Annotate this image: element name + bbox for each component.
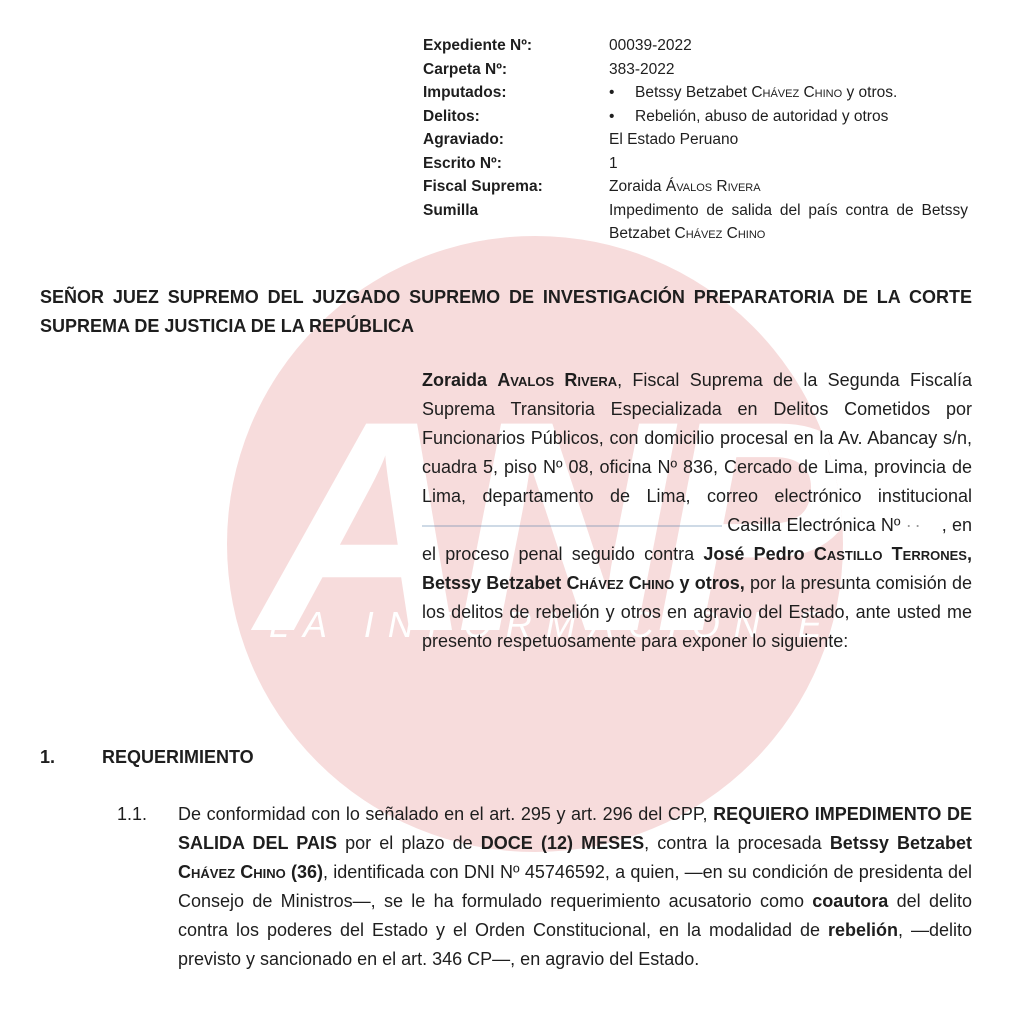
header-value: Zoraida Ávalos Rivera xyxy=(609,175,968,199)
surname-text: Chávez Chino xyxy=(178,862,286,882)
value-text: y otros. xyxy=(842,84,897,101)
accused-name: José Pedro xyxy=(703,544,804,564)
intro-paragraph: Zoraida Avalos Rivera, Fiscal Suprema de… xyxy=(422,366,972,656)
header-value: 383-2022 xyxy=(609,58,968,82)
header-label: Carpeta Nº: xyxy=(423,58,609,82)
header-label: Escrito Nº: xyxy=(423,152,609,176)
value-text: Betssy Betzabet xyxy=(635,84,751,101)
section-title: REQUERIMIENTO xyxy=(102,743,254,772)
casilla-label: Casilla Electrónica Nº xyxy=(727,515,900,535)
header-label: Agraviado: xyxy=(423,128,609,152)
paragraph-text: De conformidad con lo señalado en el art… xyxy=(178,800,972,974)
bold-text: rebelión xyxy=(828,920,898,940)
prosecutor-last-name: Avalos Rivera xyxy=(497,370,617,390)
paragraph-1-1: 1.1. De conformidad con lo señalado en e… xyxy=(117,800,972,974)
bold-text: (36) xyxy=(291,862,323,882)
paragraph-number: 1.1. xyxy=(117,800,178,974)
document-page: Expediente Nº: 00039-2022 Carpeta Nº: 38… xyxy=(0,0,1024,1024)
header-value: •Rebelión, abuso de autoridad y otros xyxy=(609,105,968,129)
header-row-escrito: Escrito Nº: 1 xyxy=(423,152,968,176)
header-row-expediente: Expediente Nº: 00039-2022 xyxy=(423,34,968,58)
header-label: Sumilla xyxy=(423,199,609,246)
accused-surname: Castillo Terrones xyxy=(814,544,967,564)
prosecutor-first-name: Zoraida xyxy=(422,370,487,390)
header-value: •Betssy Betzabet Chávez Chino y otros. xyxy=(609,81,968,105)
header-value: El Estado Peruano xyxy=(609,128,968,152)
text: De conformidad con lo señalado en el art… xyxy=(178,804,713,824)
value-text: Zoraida xyxy=(609,178,666,195)
header-row-fiscal: Fiscal Suprema: Zoraida Ávalos Rivera xyxy=(423,175,968,199)
text: , contra la procesada xyxy=(644,833,830,853)
accused-name: Betssy Betzabet xyxy=(422,573,561,593)
bold-text: DOCE (12) MESES xyxy=(481,833,644,853)
header-row-sumilla: Sumilla Impedimento de salida del país c… xyxy=(423,199,968,246)
surname-text: Ávalos Rivera xyxy=(666,178,761,195)
bold-text: coautora xyxy=(812,891,888,911)
redacted-email xyxy=(422,519,722,533)
header-label: Imputados: xyxy=(423,81,609,105)
value-text: Impedimento de salida del país contra de… xyxy=(609,202,968,243)
section-number: 1. xyxy=(40,743,102,772)
header-label: Expediente Nº: xyxy=(423,34,609,58)
surname-text: Chávez Chino xyxy=(751,84,842,101)
bullet-icon: • xyxy=(609,105,635,129)
header-value: 1 xyxy=(609,152,968,176)
redacted-casilla-number: · · xyxy=(906,511,942,540)
header-label: Fiscal Suprema: xyxy=(423,175,609,199)
bullet-icon: • xyxy=(609,81,635,105)
text: por el plazo de xyxy=(337,833,481,853)
header-value: 00039-2022 xyxy=(609,34,968,58)
header-row-agraviado: Agraviado: El Estado Peruano xyxy=(423,128,968,152)
header-row-imputados: Imputados: •Betssy Betzabet Chávez Chino… xyxy=(423,81,968,105)
document-title: SEÑOR JUEZ SUPREMO DEL JUZGADO SUPREMO D… xyxy=(40,283,972,341)
intro-text: , Fiscal Suprema de la Segunda Fiscalía … xyxy=(422,370,972,506)
header-row-carpeta: Carpeta Nº: 383-2022 xyxy=(423,58,968,82)
separator: , xyxy=(967,544,972,564)
header-row-delitos: Delitos: •Rebelión, abuso de autoridad y… xyxy=(423,105,968,129)
header-label: Delitos: xyxy=(423,105,609,129)
value-text: Rebelión, abuso de autoridad y otros xyxy=(635,108,888,125)
section-heading: 1. REQUERIMIENTO xyxy=(40,743,254,772)
bold-text: Betssy Betzabet xyxy=(830,833,972,853)
accused-surname: Chávez Chino xyxy=(567,573,675,593)
otros-text: y otros, xyxy=(674,573,744,593)
case-header: Expediente Nº: 00039-2022 Carpeta Nº: 38… xyxy=(423,34,968,246)
surname-text: Chávez Chino xyxy=(675,225,766,242)
header-value: Impedimento de salida del país contra de… xyxy=(609,199,968,246)
